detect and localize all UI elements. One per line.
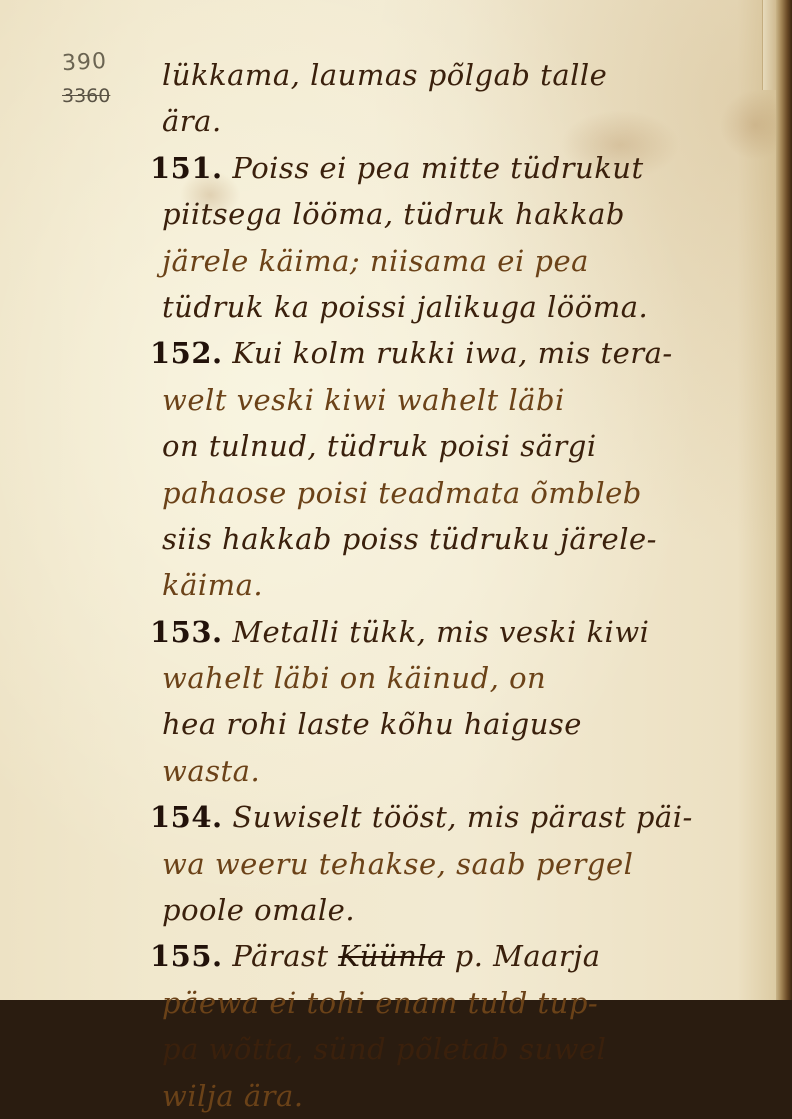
line-text: Kui kolm rukki iwa, mis tera- [232,336,672,370]
entry-number: 155. [150,939,223,973]
line-text: päewa ei tohi enam tuld tup- [162,986,598,1000]
line-text: ära. [162,104,222,138]
text-line: päewa ei tohi enam tuld tup- [150,980,760,1000]
text-line: wasta. [150,748,760,794]
line-text: Metalli tükk, mis veski kiwi [232,615,649,649]
archive-number-current: 390 [61,49,111,76]
struck-word: Küünla [338,939,445,973]
text-line: käima. [150,562,760,608]
entry-number: 152. [150,336,223,370]
text-line: hea rohi laste kõhu haiguse [150,701,760,747]
line-text: pahaose poisi teadmata õmbleb [162,476,642,510]
archive-number-old-struck: 3360 [62,85,110,107]
text-line: piitsega lööma, tüdruk hakkab [150,191,760,237]
text-line: järele käima; niisama ei pea [150,238,760,284]
archive-number-annotation: 390 3360 [62,50,110,107]
text-line: wahelt läbi on käinud, on [150,655,760,701]
text-line: siis hakkab poiss tüdruku järele- [150,516,760,562]
handwritten-text-block: lükkama, laumas põlgab talle ära. 151. P… [150,52,760,1000]
text-line: tüdruk ka poissi jalikuga lööma. [150,284,760,330]
text-line: welt veski kiwi wahelt läbi [150,377,760,423]
line-text: siis hakkab poiss tüdruku järele- [162,522,657,556]
line-text: lükkama, laumas põlgab talle [162,58,607,92]
line-text: Suwiselt tööst, mis pärast päi- [232,800,692,834]
entry-number: 153. [150,615,223,649]
text-line: wa weeru tehakse, saab pergel [150,841,760,887]
book-spine-edge [776,0,792,1000]
page-corner-fold [762,0,777,90]
line-text: hea rohi laste kõhu haiguse [162,707,582,741]
entry-154-line: 154. Suwiselt tööst, mis pärast päi- [150,794,760,840]
entry-151-line: 151. Poiss ei pea mitte tüdrukut [150,145,760,191]
line-text: järele käima; niisama ei pea [162,244,589,278]
text-line: ära. [150,98,760,144]
entry-152-line: 152. Kui kolm rukki iwa, mis tera- [150,330,760,376]
line-text: wasta. [162,754,260,788]
entry-number: 154. [150,800,223,834]
line-text: p. Maarja [455,939,601,973]
line-text: tüdruk ka poissi jalikuga lööma. [162,290,648,324]
text-line: pahaose poisi teadmata õmbleb [150,470,760,516]
line-text: welt veski kiwi wahelt läbi [162,383,565,417]
text-line: on tulnud, tüdruk poisi särgi [150,423,760,469]
line-text: on tulnud, tüdruk poisi särgi [162,429,597,463]
line-text: piitsega lööma, tüdruk hakkab [162,197,625,231]
line-text: Poiss ei pea mitte tüdrukut [232,151,643,185]
manuscript-page: 390 3360 lükkama, laumas põlgab talle är… [0,0,776,1000]
line-text: wahelt läbi on käinud, on [162,661,546,695]
entry-153-line: 153. Metalli tükk, mis veski kiwi [150,609,760,655]
line-text: poole omale. [162,893,355,927]
line-text: Pärast [232,939,328,973]
text-line: lükkama, laumas põlgab talle [150,52,760,98]
line-text: wa weeru tehakse, saab pergel [162,847,633,881]
entry-number: 151. [150,151,223,185]
line-text: käima. [162,568,263,602]
entry-155-line: 155. Pärast Küünla p. Maarja [150,933,760,979]
text-line: poole omale. [150,887,760,933]
